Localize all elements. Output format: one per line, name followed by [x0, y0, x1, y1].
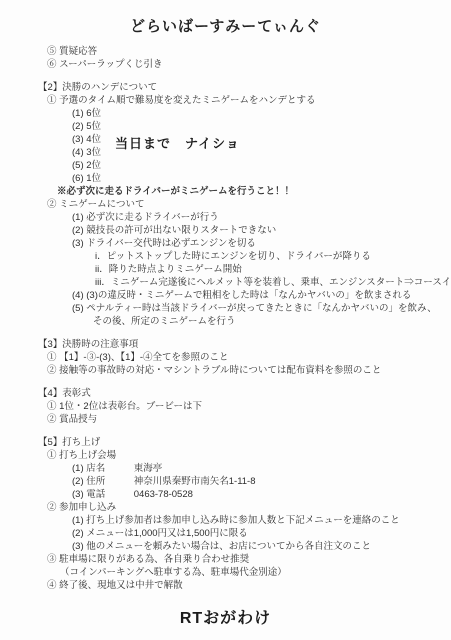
text-line: (1) 6位	[0, 107, 451, 120]
text-line: ※必ず次に走るドライバーがミニゲームを行うこと！！	[0, 185, 451, 198]
text-line: ① 1位・2位は表彰台。ブービーは下	[0, 400, 451, 413]
blank-line	[0, 426, 451, 436]
text-line: (1) 打ち上げ参加者は参加申し込み時に参加人数と下記メニューを連絡のこと	[0, 514, 451, 527]
secret-note: 当日まで ナイショ	[115, 133, 240, 152]
footer-signature: RTおがわけ	[0, 605, 451, 628]
blank-line	[0, 328, 451, 338]
text-line: 【3】決勝時の注意事項	[0, 338, 451, 351]
text-line: (3) 他のメニューを頼みたい場合は、お店についてから各自注文のこと	[0, 540, 451, 553]
text-line: その後、所定のミニゲームを行う	[0, 315, 451, 328]
text-line: (3) 電話 0463-78-0528	[0, 488, 451, 501]
text-line: (2) メニューは1,000円又は1,500円に限る	[0, 527, 451, 540]
text-line: (6) 1位	[0, 172, 451, 185]
text-line: (2) 5位	[0, 120, 451, 133]
text-line: 【2】決勝のハンデについて	[0, 81, 451, 94]
document-page: どらいばーすみーてぃんぐ ⑤ 質疑応答⑥ スーパーラップくじ引き【2】決勝のハン…	[0, 0, 451, 640]
text-line: (5) ペナルティー時は当該ドライバーが戻ってきたときに「なんかヤバいの」を飲み…	[0, 302, 451, 315]
text-line: (1) 必ず次に走るドライバーが行う	[0, 211, 451, 224]
text-line: (2) 住所 神奈川県秦野市南矢名1-11-8	[0, 475, 451, 488]
text-line: (2) 競技長の許可が出ない限りスタートできない	[0, 224, 451, 237]
text-line: ② 賞品授与	[0, 413, 451, 426]
text-line: i．ピットストップした時にエンジンを切り、ドライバーが降りる	[0, 250, 451, 263]
text-line: 【4】表彰式	[0, 387, 451, 400]
text-line: ① 予選のタイム順で難易度を変えたミニゲームをハンデとする	[0, 94, 451, 107]
text-line: ③ 駐車場に限りがある為、各自乗り合わせ推奨	[0, 553, 451, 566]
page-title: どらいばーすみーてぃんぐ	[0, 0, 451, 36]
text-line: ⑤ 質疑応答	[0, 45, 451, 58]
text-line: (1) 店名 東海亭	[0, 462, 451, 475]
document-body: ⑤ 質疑応答⑥ スーパーラップくじ引き【2】決勝のハンデについて① 予選のタイム…	[0, 45, 451, 592]
text-line: ① 【1】-③-(3)、【1】-④全てを参照のこと	[0, 351, 451, 364]
text-line: (5) 2位	[0, 159, 451, 172]
blank-line	[0, 377, 451, 387]
text-line: ② 接触等の事故時の対応・マシントラブル時については配布資料を参照のこと	[0, 364, 451, 377]
text-line: (3) ドライバー交代時は必ずエンジンを切る	[0, 237, 451, 250]
text-line: ② ミニゲームについて	[0, 198, 451, 211]
text-line: iii．ミニゲーム完遂後にヘルメット等を装着し、乗車、エンジンスタート⇒コースイ…	[0, 276, 451, 289]
text-line: 【5】打ち上げ	[0, 436, 451, 449]
text-line: （コインパーキングへ駐車する為、駐車場代金別途）	[0, 566, 451, 579]
text-line: ① 打ち上げ会場	[0, 449, 451, 462]
text-line: (4) (3)の違反時・ミニゲームで粗相をした時は「なんかヤバいの」を飲まされる	[0, 289, 451, 302]
text-line: ② 参加申し込み	[0, 501, 451, 514]
text-line: ④ 終了後、現地又は中井で解散	[0, 579, 451, 592]
text-line: ii．降りた時点よりミニゲーム開始	[0, 263, 451, 276]
text-line: ⑥ スーパーラップくじ引き	[0, 58, 451, 71]
blank-line	[0, 71, 451, 81]
